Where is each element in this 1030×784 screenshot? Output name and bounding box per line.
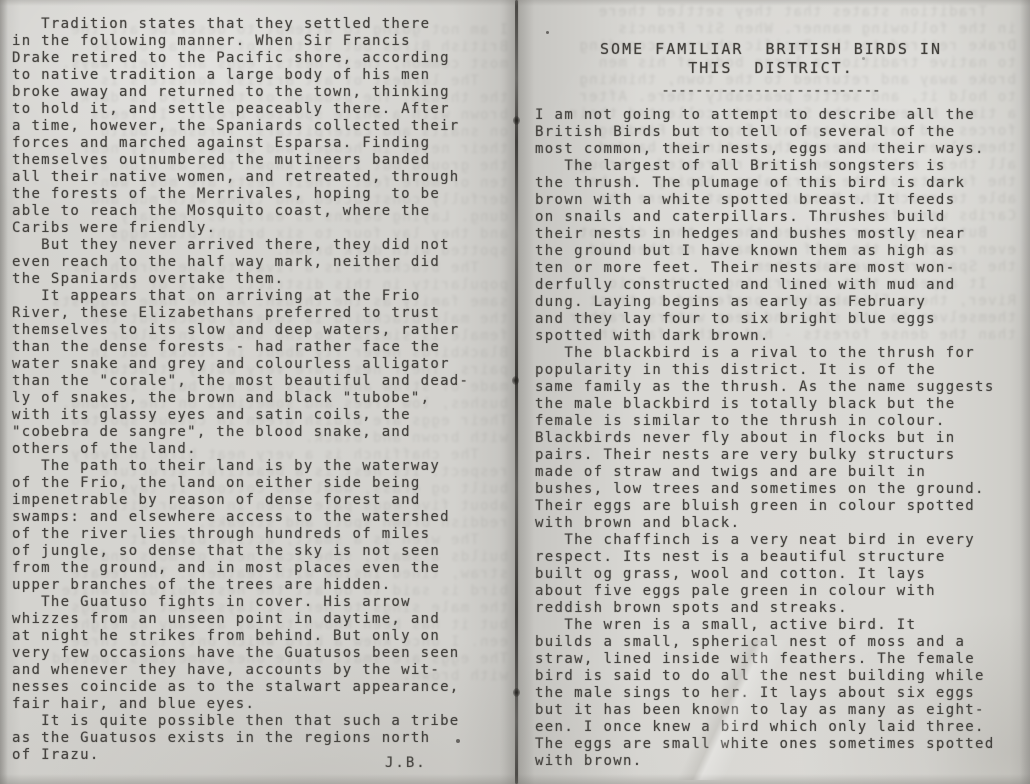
article-title-line2: THIS DISTRICT. <box>533 59 1009 78</box>
paper-edge-top <box>0 0 1030 6</box>
left-page-text: Tradition states that they settled there… <box>12 16 469 764</box>
paper-edge-left <box>0 0 8 784</box>
stitch-knot <box>513 688 520 697</box>
ink-speck <box>546 31 549 34</box>
author-initials: J.B. <box>385 755 427 771</box>
stitch-knot <box>512 376 519 385</box>
ink-speck <box>456 739 460 743</box>
article-title: SOME FAMILIAR BRITISH BIRDS IN THIS DIST… <box>533 40 1009 98</box>
stitch-knot <box>513 116 520 125</box>
right-page-text: I am not going to attempt to describe al… <box>535 107 995 770</box>
ink-speck <box>862 57 865 60</box>
scanned-booklet-spread: I am not going to attempt to describe al… <box>0 0 1030 784</box>
article-title-line1: SOME FAMILIAR BRITISH BIRDS IN <box>533 40 1009 59</box>
paper-edge-bottom <box>0 774 1030 784</box>
paper-edge-right <box>1020 0 1030 784</box>
title-underline-dashes: -------------------------- <box>533 84 1009 98</box>
